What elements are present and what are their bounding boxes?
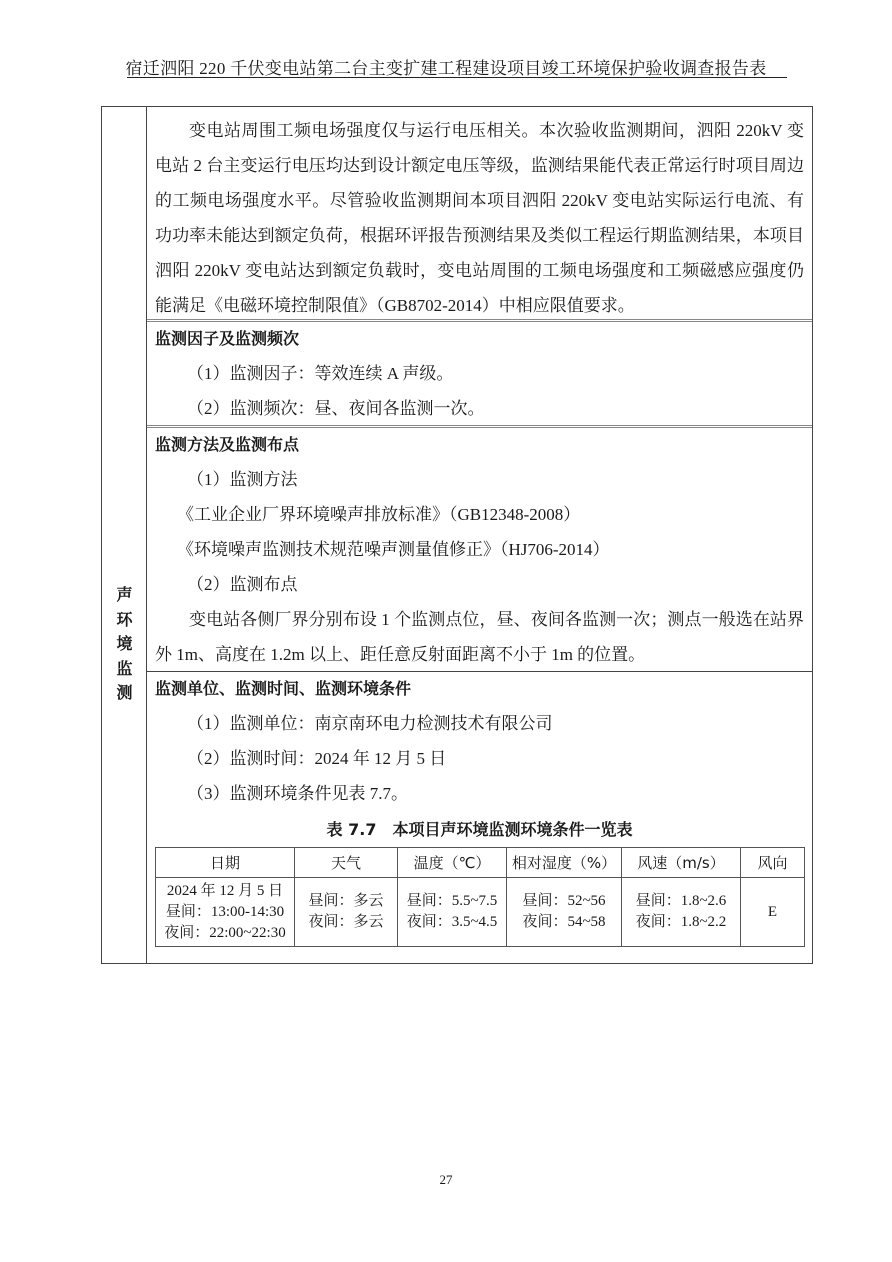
cell-temperature: 昼间：5.5~7.5 夜间：3.5~4.5 <box>398 878 507 947</box>
column-header-date: 日期 <box>156 848 295 878</box>
cell-wind-direction: E <box>741 878 805 947</box>
table-row: 2024 年 12 月 5 日 昼间：13:00-14:30 夜间：22:00~… <box>156 878 805 947</box>
list-item: （2）监测频次：昼、夜间各监测一次。 <box>155 391 804 426</box>
column-header-temperature: 温度（℃） <box>398 848 507 878</box>
list-item: （1）监测方法 <box>155 462 804 497</box>
intro-section: 变电站周围工频电场强度仅与运行电压相关。本次验收监测期间，泗阳 220kV 变电… <box>147 107 812 319</box>
cell-humidity: 昼间：52~56 夜间：54~58 <box>507 878 622 947</box>
list-item: （1）监测因子：等效连续 A 声级。 <box>155 356 804 391</box>
cell-weather: 昼间：多云 夜间：多云 <box>295 878 398 947</box>
layout-paragraph: 变电站各侧厂界分别布设 1 个监测点位，昼、夜间各监测一次；测点一般选在站界外 … <box>155 602 804 672</box>
section-heading: 监测方法及监测布点 <box>155 428 804 462</box>
label-char: 监 <box>102 657 147 682</box>
list-item: （2）监测时间：2024 年 12 月 5 日 <box>155 741 804 776</box>
section-monitoring-unit-time-conditions: 监测单位、监测时间、监测环境条件 （1）监测单位：南京南环电力检测技术有限公司 … <box>147 671 812 964</box>
table-header-row: 日期 天气 温度（℃） 相对湿度（%） 风速（m/s） 风向 <box>156 848 805 878</box>
environment-conditions-table: 日期 天气 温度（℃） 相对湿度（%） 风速（m/s） 风向 2024 年 12… <box>155 847 805 947</box>
list-item: （1）监测单位：南京南环电力检测技术有限公司 <box>155 706 804 741</box>
standard-reference: 《环境噪声监测技术规范噪声测量值修正》（HJ706-2014） <box>155 532 804 567</box>
intro-paragraph: 变电站周围工频电场强度仅与运行电压相关。本次验收监测期间，泗阳 220kV 变电… <box>155 111 804 323</box>
column-header-wind-speed: 风速（m/s） <box>622 848 741 878</box>
list-item: （2）监测布点 <box>155 567 804 602</box>
label-char: 境 <box>102 632 147 657</box>
header-rule <box>127 77 787 78</box>
page-number: 27 <box>0 1172 892 1188</box>
section-monitoring-factors: 监测因子及监测频次 （1）监测因子：等效连续 A 声级。 （2）监测频次：昼、夜… <box>147 319 812 425</box>
content-column: 变电站周围工频电场强度仅与运行电压相关。本次验收监测期间，泗阳 220kV 变电… <box>147 107 812 963</box>
section-monitoring-methods: 监测方法及监测布点 （1）监测方法 《工业企业厂界环境噪声排放标准》（GB123… <box>147 425 812 671</box>
page-header-title: 宿迁泗阳 220 千伏变电站第二台主变扩建工程建设项目竣工环境保护验收调查报告表 <box>0 54 892 79</box>
label-char: 测 <box>102 681 147 706</box>
label-char: 环 <box>102 608 147 633</box>
column-header-humidity: 相对湿度（%） <box>507 848 622 878</box>
cell-date: 2024 年 12 月 5 日 昼间：13:00-14:30 夜间：22:00~… <box>156 878 295 947</box>
list-item: （3）监测环境条件见表 7.7。 <box>155 776 804 811</box>
left-label-column: 声 环 境 监 测 <box>102 107 147 963</box>
section-heading: 监测因子及监测频次 <box>155 322 804 356</box>
column-header-weather: 天气 <box>295 848 398 878</box>
label-char: 声 <box>102 583 147 608</box>
vertical-label-sound-environment-monitoring: 声 环 境 监 测 <box>102 583 147 706</box>
standard-reference: 《工业企业厂界环境噪声排放标准》（GB12348-2008） <box>155 497 804 532</box>
report-table: 声 环 境 监 测 变电站周围工频电场强度仅与运行电压相关。本次验收监测期间，泗… <box>101 106 813 964</box>
cell-wind-speed: 昼间：1.8~2.6 夜间：1.8~2.2 <box>622 878 741 947</box>
column-header-wind-direction: 风向 <box>741 848 805 878</box>
section-heading: 监测单位、监测时间、监测环境条件 <box>155 672 804 706</box>
table-caption: 表 7.7 本项目声环境监测环境条件一览表 <box>155 813 804 847</box>
